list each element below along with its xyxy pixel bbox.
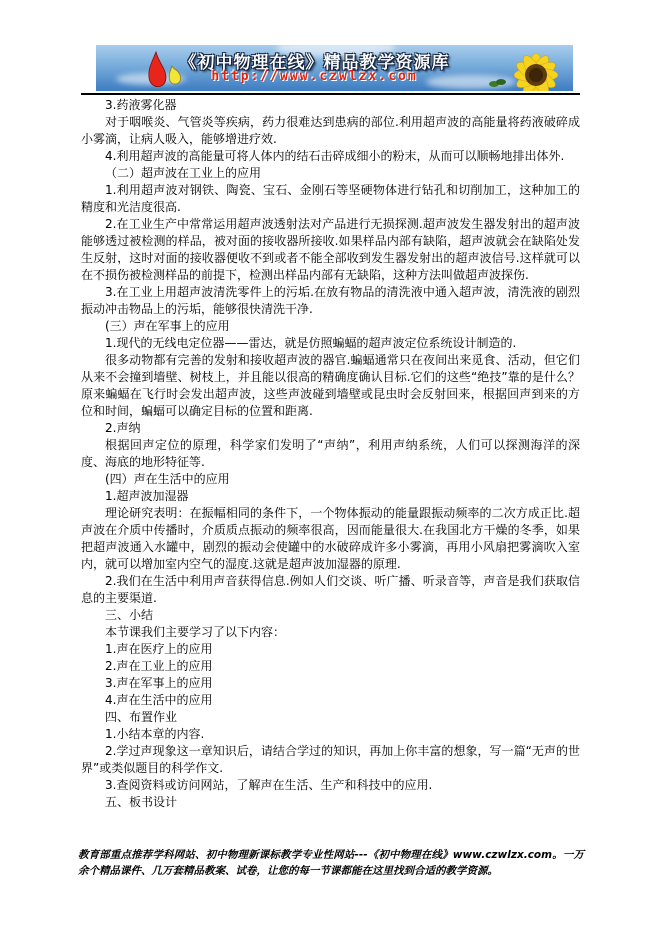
paragraph: 很多动物都有完善的发射和接收超声波的器官.蝙蝠通常只在夜间出来觅食、活动，但它们… — [81, 352, 580, 420]
paragraph: 四、布置作业 — [81, 709, 580, 726]
paragraph: 本节课我们主要学习了以下内容： — [81, 624, 580, 641]
banner-url: http://www.czwlzx.com — [116, 69, 513, 84]
paragraph: 1.超声波加湿器 — [81, 488, 580, 505]
paragraph: 对于咽喉炎、气管炎等疾病，药力很难达到患病的部位.利用超声波的高能量将药液破碎成… — [81, 114, 580, 148]
paragraph: 4.声在生活中的应用 — [81, 692, 580, 709]
paragraph: (三）声在军事上的应用 — [81, 318, 580, 335]
paragraph: 2.在工业生产中常常运用超声波透射法对产品进行无损探测.超声波发生器发射出的超声… — [81, 216, 580, 284]
footer-note: 教育部重点推荐学科网站、初中物理新课标教学专业性网站---《初中物理在线》www… — [78, 847, 584, 879]
document-page: 《初中物理在线》精品教学资源库 http://www.czwlzx.com — [0, 0, 661, 936]
paragraph: 2.学过声现象这一章知识后，请结合学过的知识，再加上你丰富的想象，写一篇“无声的… — [81, 743, 580, 777]
paragraph: 3.查阅资料或访问网站，了解声在生活、生产和科技中的应用. — [81, 777, 580, 794]
site-banner: 《初中物理在线》精品教学资源库 http://www.czwlzx.com — [96, 45, 573, 91]
paragraph: 根据回声定位的原理，科学家们发明了“声纳”，利用声纳系统，人们可以探测海洋的深度… — [81, 437, 580, 471]
paragraph: 1.小结本章的内容. — [81, 726, 580, 743]
paragraph: 4.利用超声波的高能量可将人体内的结石击碎成细小的粉末，从而可以顺畅地排出体外. — [81, 148, 580, 165]
paragraph: 1.利用超声波对钢铁、陶瓷、宝石、金刚石等坚硬物体进行钻孔和切削加工，这种加工的… — [81, 182, 580, 216]
paragraph: 3.药液雾化器 — [81, 97, 580, 114]
paragraph: 2.我们在生活中利用声音获得信息.例如人们交谈、听广播、听录音等，声音是我们获取… — [81, 573, 580, 607]
paragraph: 2.声在工业上的应用 — [81, 658, 580, 675]
paragraph: 五、板书设计 — [81, 794, 580, 811]
paragraph: 三、小结 — [81, 607, 580, 624]
paragraph: 1.声在医疗上的应用 — [81, 641, 580, 658]
paragraph: 3.在工业上用超声波清洗零件上的污垢.在放有物品的清洗液中通入超声波，清洗液的剧… — [81, 284, 580, 318]
document-body: 3.药液雾化器对于咽喉炎、气管炎等疾病，药力很难达到患病的部位.利用超声波的高能… — [81, 95, 580, 811]
paragraph: 理论研究表明：在振幅相同的条件下，一个物体振动的能量跟振动频率的二次方成正比.超… — [81, 505, 580, 573]
paragraph: 2.声纳 — [81, 420, 580, 437]
document-content: 《初中物理在线》精品教学资源库 http://www.czwlzx.com — [0, 0, 661, 811]
paragraph: (四）声在生活中的应用 — [81, 471, 580, 488]
banner-divider: 《初中物理在线》精品教学资源库 http://www.czwlzx.com — [81, 45, 580, 95]
sunflower-icon — [505, 49, 567, 91]
paragraph: 3.声在军事上的应用 — [81, 675, 580, 692]
paragraph: 1.现代的无线电定位器——雷达，就是仿照蝙蝠的超声波定位系统设计制造的. — [81, 335, 580, 352]
paragraph: （二）超声波在工业上的应用 — [81, 165, 580, 182]
